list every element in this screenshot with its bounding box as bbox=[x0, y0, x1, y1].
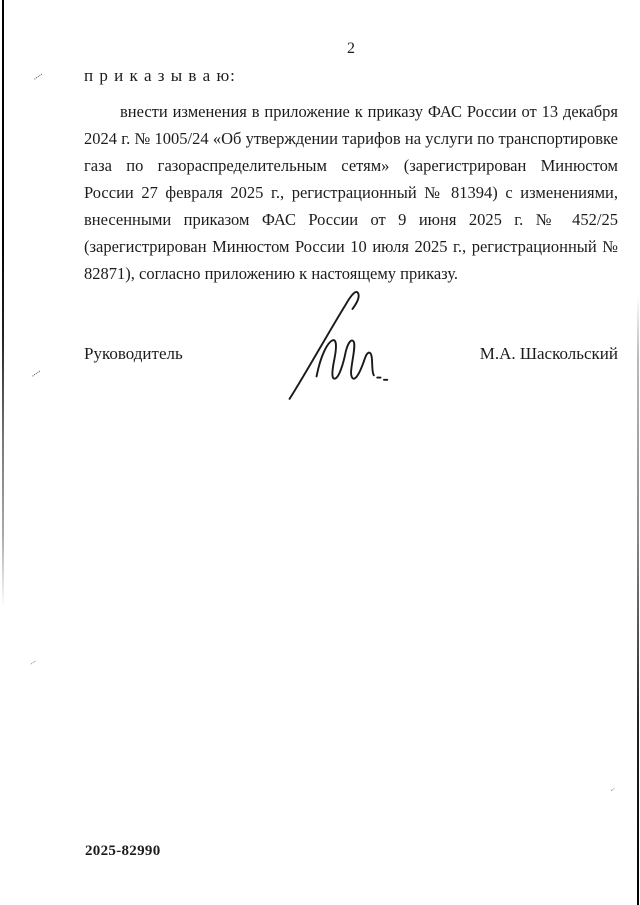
scan-speckle bbox=[31, 661, 36, 666]
handwritten-signature-icon bbox=[278, 282, 400, 400]
signer-title: Руководитель bbox=[84, 344, 183, 364]
page-number: 2 bbox=[84, 40, 618, 58]
scan-edge-left-line bbox=[2, 0, 4, 608]
scan-speckle bbox=[611, 788, 615, 792]
scan-speckle bbox=[32, 371, 41, 378]
footer-document-code: 2025-82990 bbox=[85, 843, 161, 860]
document-page: 2 п р и к а з ы в а ю: внести изменения … bbox=[0, 0, 640, 905]
signer-name: М.А. Шаскольский bbox=[480, 344, 618, 364]
decree-word: п р и к а з ы в а ю: bbox=[84, 66, 618, 86]
scan-edge-right-line bbox=[637, 295, 639, 905]
body-paragraph: внести изменения в приложение к приказу … bbox=[84, 98, 618, 287]
scan-speckle bbox=[34, 74, 43, 81]
